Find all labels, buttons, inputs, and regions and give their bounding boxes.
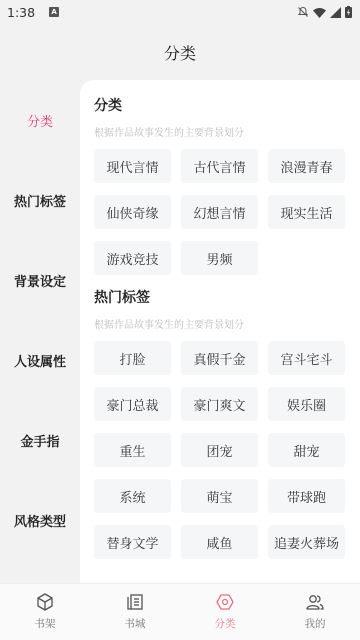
tag-button[interactable]: 娱乐圈 [268, 387, 345, 421]
bell-off-icon [297, 6, 309, 18]
bottom-nav: 书架 书城 分类 我的 [0, 583, 360, 640]
sidebar-item-style[interactable]: 风格类型 [0, 480, 80, 560]
status-time: 1:38 [7, 5, 35, 20]
nav-label: 书城 [125, 616, 146, 631]
tag-button[interactable]: 团宠 [181, 433, 258, 467]
sidebar-item-category[interactable]: 分类 [0, 80, 80, 160]
sidebar-item-background[interactable]: 背景设定 [0, 240, 80, 320]
tag-button[interactable]: 萌宝 [181, 479, 258, 513]
tag-button[interactable]: 咸鱼 [181, 525, 258, 559]
tag-button[interactable]: 追妻火葬场 [268, 525, 345, 559]
tag-button[interactable]: 豪门爽文 [181, 387, 258, 421]
tag-button[interactable]: 男频 [181, 241, 258, 275]
cube-icon [35, 592, 55, 612]
book-icon [125, 592, 145, 612]
tag-button[interactable]: 浪漫青春 [268, 149, 345, 183]
nav-label: 分类 [215, 616, 236, 631]
tag-button[interactable]: 古代言情 [181, 149, 258, 183]
nav-label: 书架 [35, 616, 56, 631]
tag-button[interactable]: 游戏竞技 [94, 241, 171, 275]
sidebar-item-character[interactable]: 人设属性 [0, 320, 80, 400]
tag-button[interactable]: 系统 [94, 479, 171, 513]
tag-button[interactable]: 替身文学 [94, 525, 171, 559]
tag-button[interactable]: 真假千金 [181, 341, 258, 375]
tag-button[interactable]: 现代言情 [94, 149, 171, 183]
app-header: 分类 [0, 24, 360, 80]
nav-category[interactable]: 分类 [180, 584, 270, 640]
tag-content-panel[interactable]: 分类 根据作品故事发生的主要背景划分 现代言情 古代言情 浪漫青春 仙侠奇缘 幻… [80, 80, 360, 583]
tag-grid: 打脸 真假千金 宫斗宅斗 豪门总裁 豪门爽文 娱乐圈 重生 团宠 甜宠 系统 萌… [94, 341, 360, 559]
section-category: 分类 根据作品故事发生的主要背景划分 现代言情 古代言情 浪漫青春 仙侠奇缘 幻… [94, 95, 360, 275]
section-title: 分类 [94, 95, 360, 115]
nav-label: 我的 [305, 616, 326, 631]
battery-icon [345, 6, 352, 18]
tag-grid: 现代言情 古代言情 浪漫青春 仙侠奇缘 幻想言情 现实生活 游戏竞技 男频 [94, 149, 360, 275]
wifi-icon [313, 7, 326, 18]
tag-button[interactable]: 仙侠奇缘 [94, 195, 171, 229]
tag-button[interactable]: 现实生活 [268, 195, 345, 229]
sidebar-item-hot-tags[interactable]: 热门标签 [0, 160, 80, 240]
section-description: 根据作品故事发生的主要背景划分 [94, 124, 360, 139]
section-hot-tags: 热门标签 根据作品故事发生的主要背景划分 打脸 真假千金 宫斗宅斗 豪门总裁 豪… [94, 287, 360, 559]
tag-button[interactable]: 重生 [94, 433, 171, 467]
signal-icon [330, 7, 341, 18]
tag-button[interactable]: 带球跑 [268, 479, 345, 513]
status-bar: 1:38 A [0, 0, 360, 24]
tag-button[interactable]: 打脸 [94, 341, 171, 375]
tag-button[interactable]: 豪门总裁 [94, 387, 171, 421]
tag-button[interactable]: 幻想言情 [181, 195, 258, 229]
nav-bookshelf[interactable]: 书架 [0, 584, 90, 640]
sidebar-item-golden-finger[interactable]: 金手指 [0, 400, 80, 480]
notification-icon: A [49, 7, 59, 17]
tag-button[interactable]: 宫斗宅斗 [268, 341, 345, 375]
nav-bookstore[interactable]: 书城 [90, 584, 180, 640]
section-description: 根据作品故事发生的主要背景划分 [94, 316, 360, 331]
status-icons [297, 6, 352, 18]
tag-button[interactable]: 甜宠 [268, 433, 345, 467]
nav-profile[interactable]: 我的 [270, 584, 360, 640]
users-icon [305, 592, 325, 612]
category-sidebar: 分类 热门标签 背景设定 人设属性 金手指 风格类型 [0, 80, 80, 583]
section-title: 热门标签 [94, 287, 360, 307]
page-title: 分类 [164, 41, 196, 64]
hexagon-icon [215, 592, 235, 612]
